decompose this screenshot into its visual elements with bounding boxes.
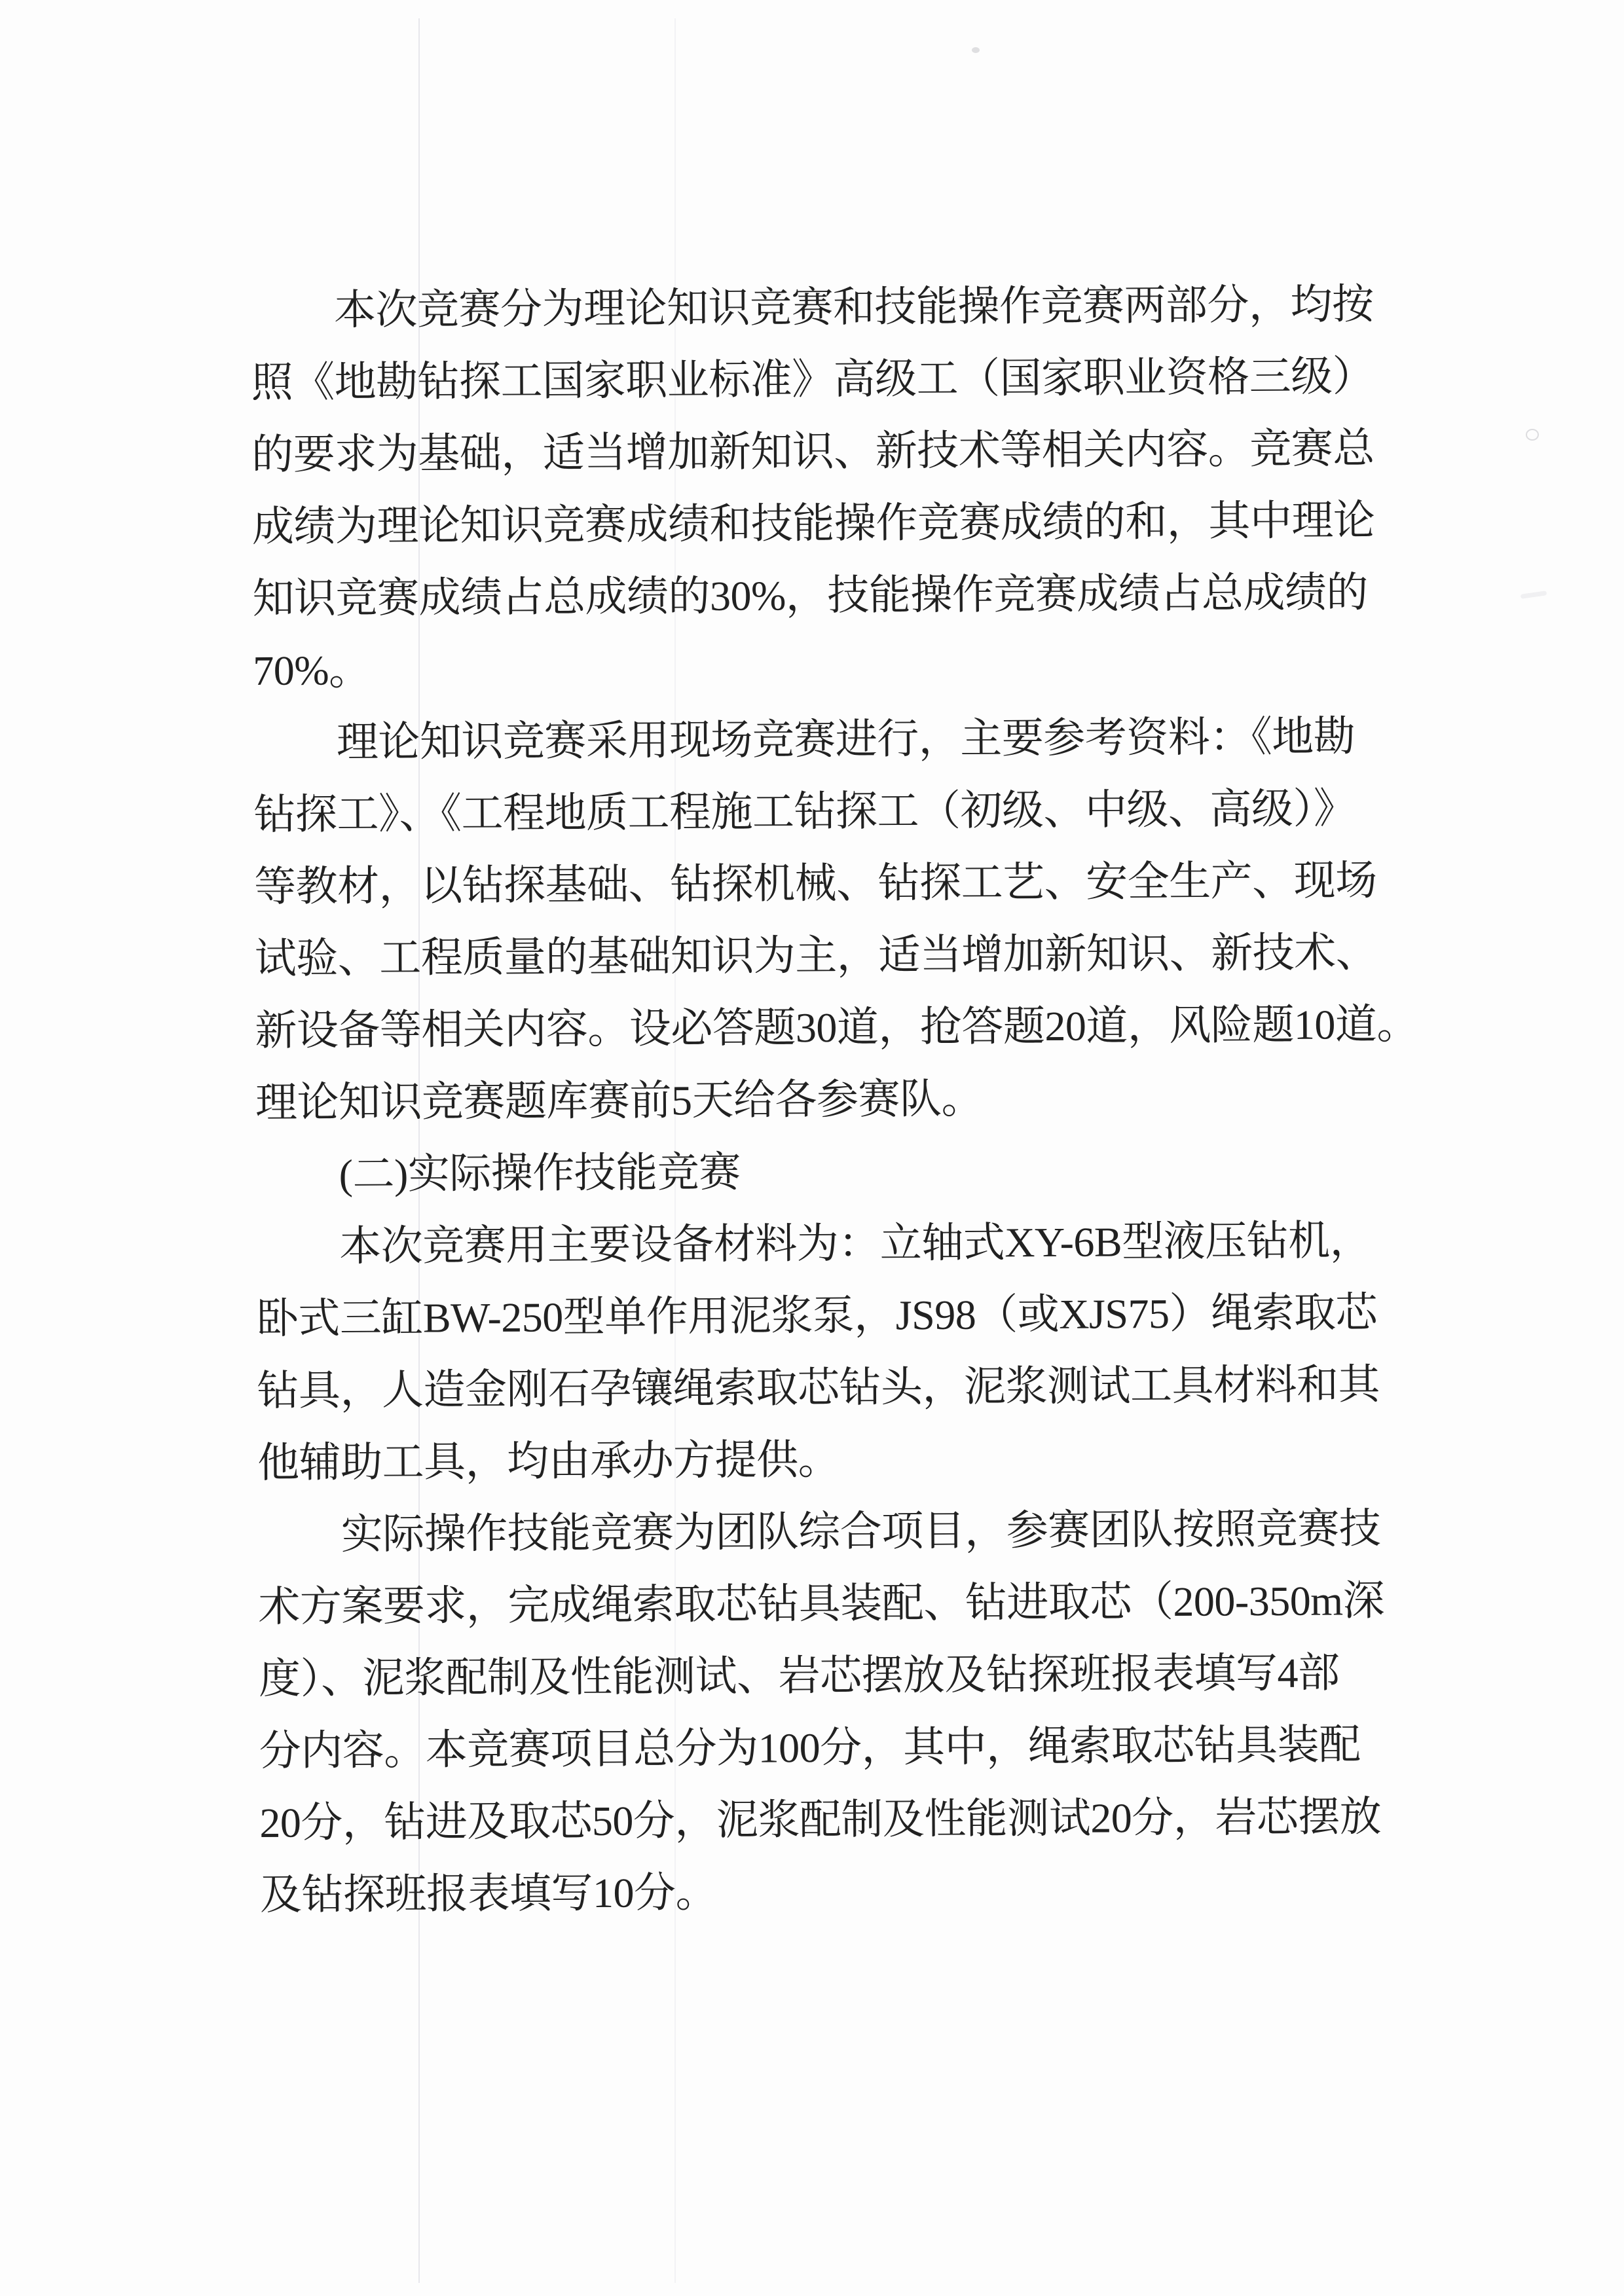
text-line: 钻探工》、《工程地质工程施工钻探工（初级、中级、高级）》: [253, 773, 1407, 851]
text-line: 分内容。本竞赛项目总分为100分，其中，绳索取芯钻具装配: [259, 1709, 1412, 1787]
scan-speck-ring: [1526, 429, 1539, 441]
text-line: 成绩为理论知识竞赛成绩和技能操作竞赛成绩的和，其中理论: [252, 484, 1405, 563]
scanned-page: 本次竞赛分为理论知识竞赛和技能操作竞赛两部分，均按 照《地勘钻探工国家职业标准》…: [0, 0, 1624, 2296]
text-line: 卧式三缸BW-250型单作用泥浆泵，JS98（或XJS75）绳索取芯: [257, 1277, 1410, 1355]
scan-speck: [972, 47, 980, 53]
text-line: 钻具，人造金刚石孕镶绳索取芯钻头，泥浆测试工具材料和其: [257, 1349, 1410, 1427]
text-line: 等教材，以钻探基础、钻探机械、钻探工艺、安全生产、现场: [254, 845, 1407, 923]
text-line: 新设备等相关内容。设必答题30道，抢答题20道，风险题10道。: [255, 989, 1408, 1067]
document-body-text: 本次竞赛分为理论知识竞赛和技能操作竞赛两部分，均按 照《地勘钻探工国家职业标准》…: [251, 268, 1413, 1931]
text-line: 的要求为基础，适当增加新知识、新技术等相关内容。竞赛总: [251, 412, 1405, 491]
section-heading-line: (二)实际操作技能竞赛: [255, 1133, 1409, 1211]
text-line: 照《地勘钻探工国家职业标准》高级工（国家职业资格三级）: [251, 340, 1404, 419]
text-line: 理论知识竞赛题库赛前5天给各参赛队。: [255, 1061, 1409, 1139]
text-line: 70%。: [253, 629, 1406, 707]
text-line: 试验、工程质量的基础知识为主，适当增加新知识、新技术、: [254, 917, 1407, 995]
text-line: 实际操作技能竞赛为团队综合项目，参赛团队按照竞赛技: [257, 1493, 1411, 1571]
text-line: 理论知识竞赛采用现场竞赛进行，主要参考资料：《地勘: [253, 701, 1407, 779]
text-line: 本次竞赛用主要设备材料为：立轴式XY-6B型液压钻机，: [256, 1205, 1409, 1283]
text-line: 及钻探班报表填写10分。: [260, 1853, 1413, 1931]
text-line: 术方案要求，完成绳索取芯钻具装配、钻进取芯（200-350m深: [258, 1565, 1411, 1643]
text-line: 20分，钻进及取芯50分，泥浆配制及性能测试20分，岩芯摆放: [259, 1781, 1412, 1859]
scan-smudge: [1521, 591, 1547, 598]
text-line: 他辅助工具，均由承办方提供。: [257, 1421, 1411, 1499]
text-line: 度）、泥浆配制及性能测试、岩芯摆放及钻探班报表填写4部: [259, 1637, 1412, 1715]
text-line: 本次竞赛分为理论知识竞赛和技能操作竞赛两部分，均按: [251, 268, 1404, 347]
text-line: 知识竞赛成绩占总成绩的30%，技能操作竞赛成绩占总成绩的: [252, 556, 1405, 635]
